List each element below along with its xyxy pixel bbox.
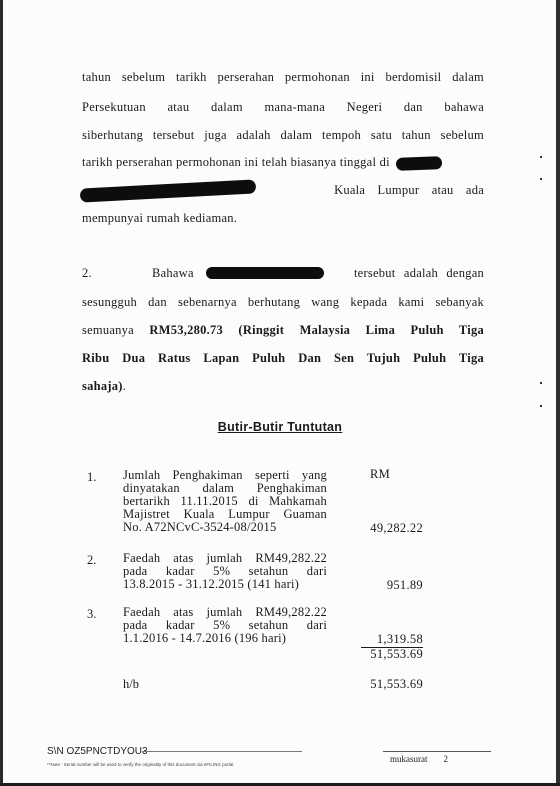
carry-forward-label: h/b — [123, 677, 139, 692]
footer-rule — [383, 751, 491, 752]
currency-label: RM — [370, 467, 390, 482]
carry-forward-amount: 51,553.69 — [370, 677, 423, 692]
page-indicator: mukasurat2 — [390, 754, 448, 764]
serial-note: **Note : Serial number will be used to v… — [47, 762, 233, 767]
page-label: mukasurat — [390, 754, 428, 764]
claims-table: RM 1. Jumlah Penghakiman seperti yang di… — [0, 0, 560, 786]
claim-amount: 1,319.58 — [361, 632, 423, 648]
claim-line: No. A72NCvC-3524-08/2015 — [123, 521, 327, 534]
footer-rule — [142, 751, 302, 752]
claim-line: 1.1.2016 - 14.7.2016 (196 hari) — [123, 632, 327, 645]
claim-amount: 951.89 — [387, 578, 423, 593]
claim-number: 1. — [87, 470, 96, 485]
claim-line: 13.8.2015 - 31.12.2015 (141 hari) — [123, 578, 327, 591]
claim-description: Faedah atas jumlah RM49,282.22 pada kada… — [123, 606, 327, 645]
page-number: 2 — [444, 754, 449, 764]
claim-number: 2. — [87, 553, 96, 568]
subtotal-amount: 51,553.69 — [370, 647, 423, 662]
claim-amount: 49,282.22 — [370, 521, 423, 536]
serial-number: S\N OZ5PNCTDYOU3 — [47, 746, 148, 757]
claim-description: Faedah atas jumlah RM49,282.22 pada kada… — [123, 552, 327, 591]
claim-description: Jumlah Penghakiman seperti yang dinyatak… — [123, 469, 327, 534]
claim-number: 3. — [87, 607, 96, 622]
